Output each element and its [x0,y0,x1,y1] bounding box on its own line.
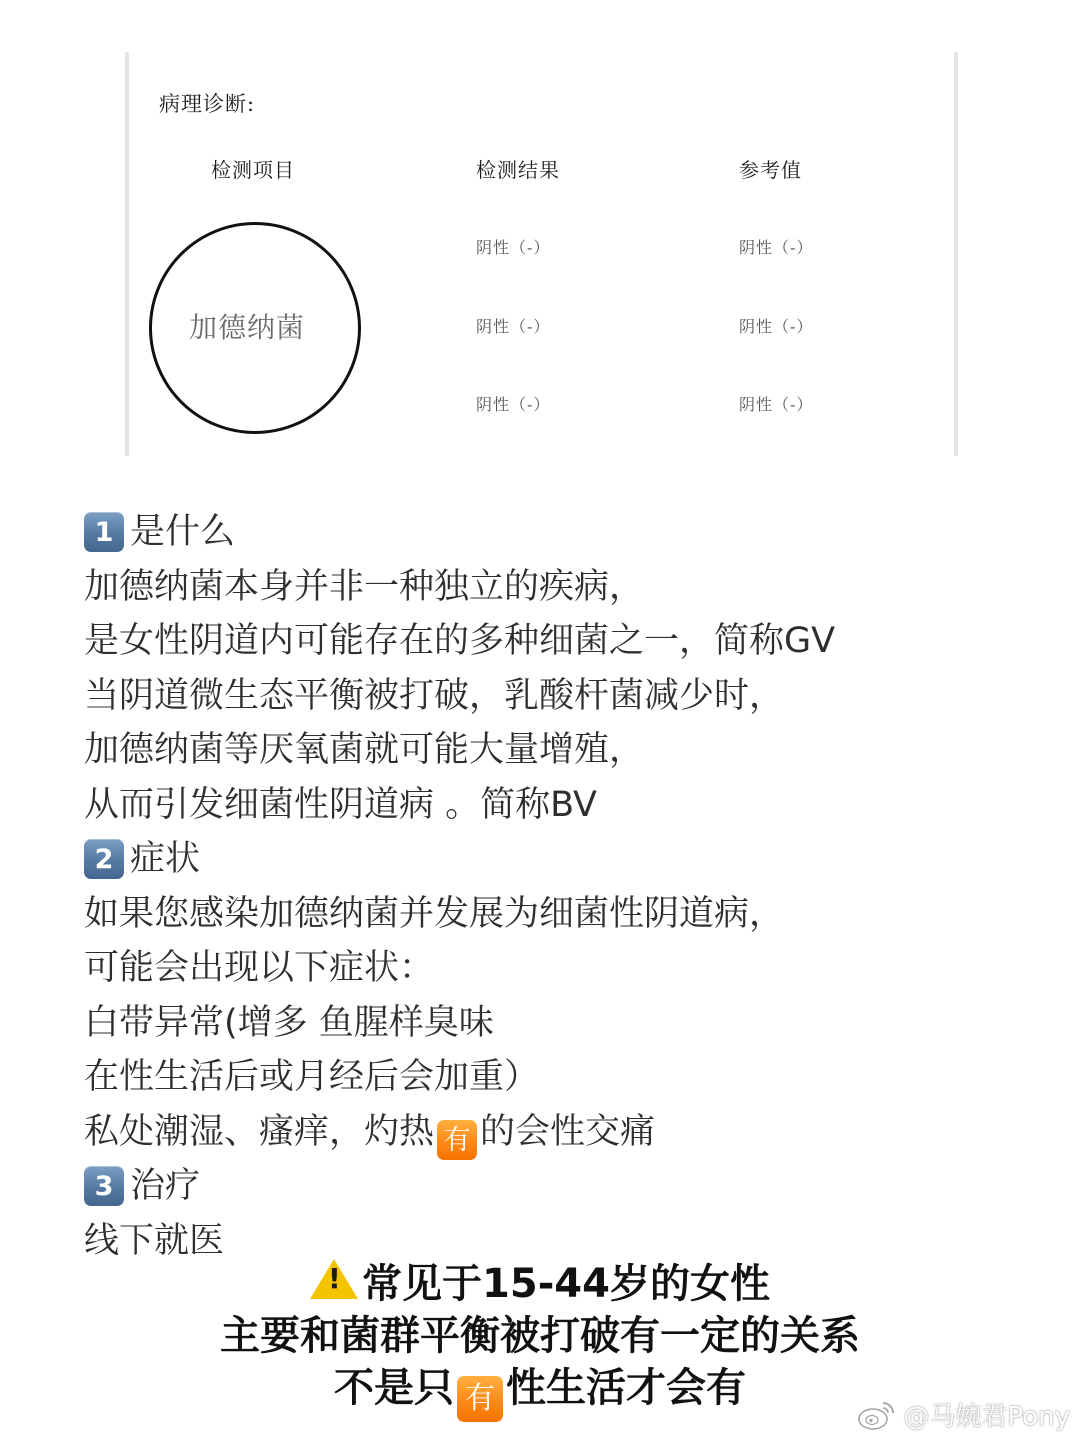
section-heading-treatment: 3 治疗 [84,1159,1004,1214]
paragraph-line: 是女性阴道内可能存在的多种细菌之一，简称GV [84,614,1004,669]
result-cell: 阴性（-） [476,314,550,337]
column-header-reference-value: 参考值 [739,154,802,183]
keycap-1-icon: 1 [84,512,124,552]
section-heading-what-is: 1 是什么 [84,505,1004,560]
report-title: 病理诊断: [159,88,255,118]
weibo-logo-icon [857,1399,897,1431]
paragraph-line: 私处潮湿、瘙痒，灼热有的会性交痛 [84,1105,1004,1160]
warning-callout: 常见于15-44岁的女性 主要和菌群平衡被打破有一定的关系 不是只有性生活才会有 [0,1258,1080,1414]
callout-line: 主要和菌群平衡被打破有一定的关系 [0,1310,1080,1362]
callout-text: 常见于15-44岁的女性 [362,1261,770,1307]
you-have-badge-icon: 有 [457,1376,503,1422]
callout-text: 性生活才会有 [506,1365,746,1411]
section-heading-text: 治疗 [130,1159,200,1214]
paragraph-line: 白带异常(增多 鱼腥样臭味 [84,996,1004,1051]
result-cell: 阴性（-） [476,392,550,415]
you-have-badge-icon: 有 [437,1120,477,1160]
section-heading-text: 症状 [130,832,200,887]
weibo-watermark: @马婉君Pony [857,1396,1070,1433]
article-body: 1 是什么 加德纳菌本身并非一种独立的疾病， 是女性阴道内可能存在的多种细菌之一… [84,505,1004,1268]
line-text: 的会性交痛 [480,1112,655,1152]
test-item-name: 加德纳菌 [189,306,305,346]
callout-text: 不是只 [334,1365,454,1411]
reference-cell: 阴性（-） [739,392,813,415]
keycap-2-icon: 2 [84,839,124,879]
paragraph-line: 可能会出现以下症状： [84,941,1004,996]
section-heading-text: 是什么 [130,505,235,560]
lab-report-excerpt: 病理诊断: 检测项目 检测结果 参考值 加德纳菌 阴性（-） 阴性（-） 阴性（… [125,52,958,456]
reference-cell: 阴性（-） [739,235,813,258]
warning-icon [310,1259,358,1299]
watermark-text: @马婉君Pony [903,1396,1070,1433]
paragraph-line: 当阴道微生态平衡被打破，乳酸杆菌减少时， [84,669,1004,724]
keycap-3-icon: 3 [84,1166,124,1206]
section-heading-symptoms: 2 症状 [84,832,1004,887]
paragraph-line: 在性生活后或月经后会加重） [84,1050,1004,1105]
column-header-test-result: 检测结果 [476,154,560,183]
line-text: 私处潮湿、瘙痒，灼热 [84,1112,434,1152]
paragraph-line: 从而引发细菌性阴道病 。简称BV [84,778,1004,833]
callout-line: 常见于15-44岁的女性 [0,1258,1080,1310]
reference-cell: 阴性（-） [739,314,813,337]
paragraph-line: 加德纳菌等厌氧菌就可能大量增殖， [84,723,1004,778]
paragraph-line: 如果您感染加德纳菌并发展为细菌性阴道病， [84,887,1004,942]
paragraph-line: 加德纳菌本身并非一种独立的疾病， [84,560,1004,615]
column-header-test-item: 检测项目 [211,154,295,183]
result-cell: 阴性（-） [476,235,550,258]
